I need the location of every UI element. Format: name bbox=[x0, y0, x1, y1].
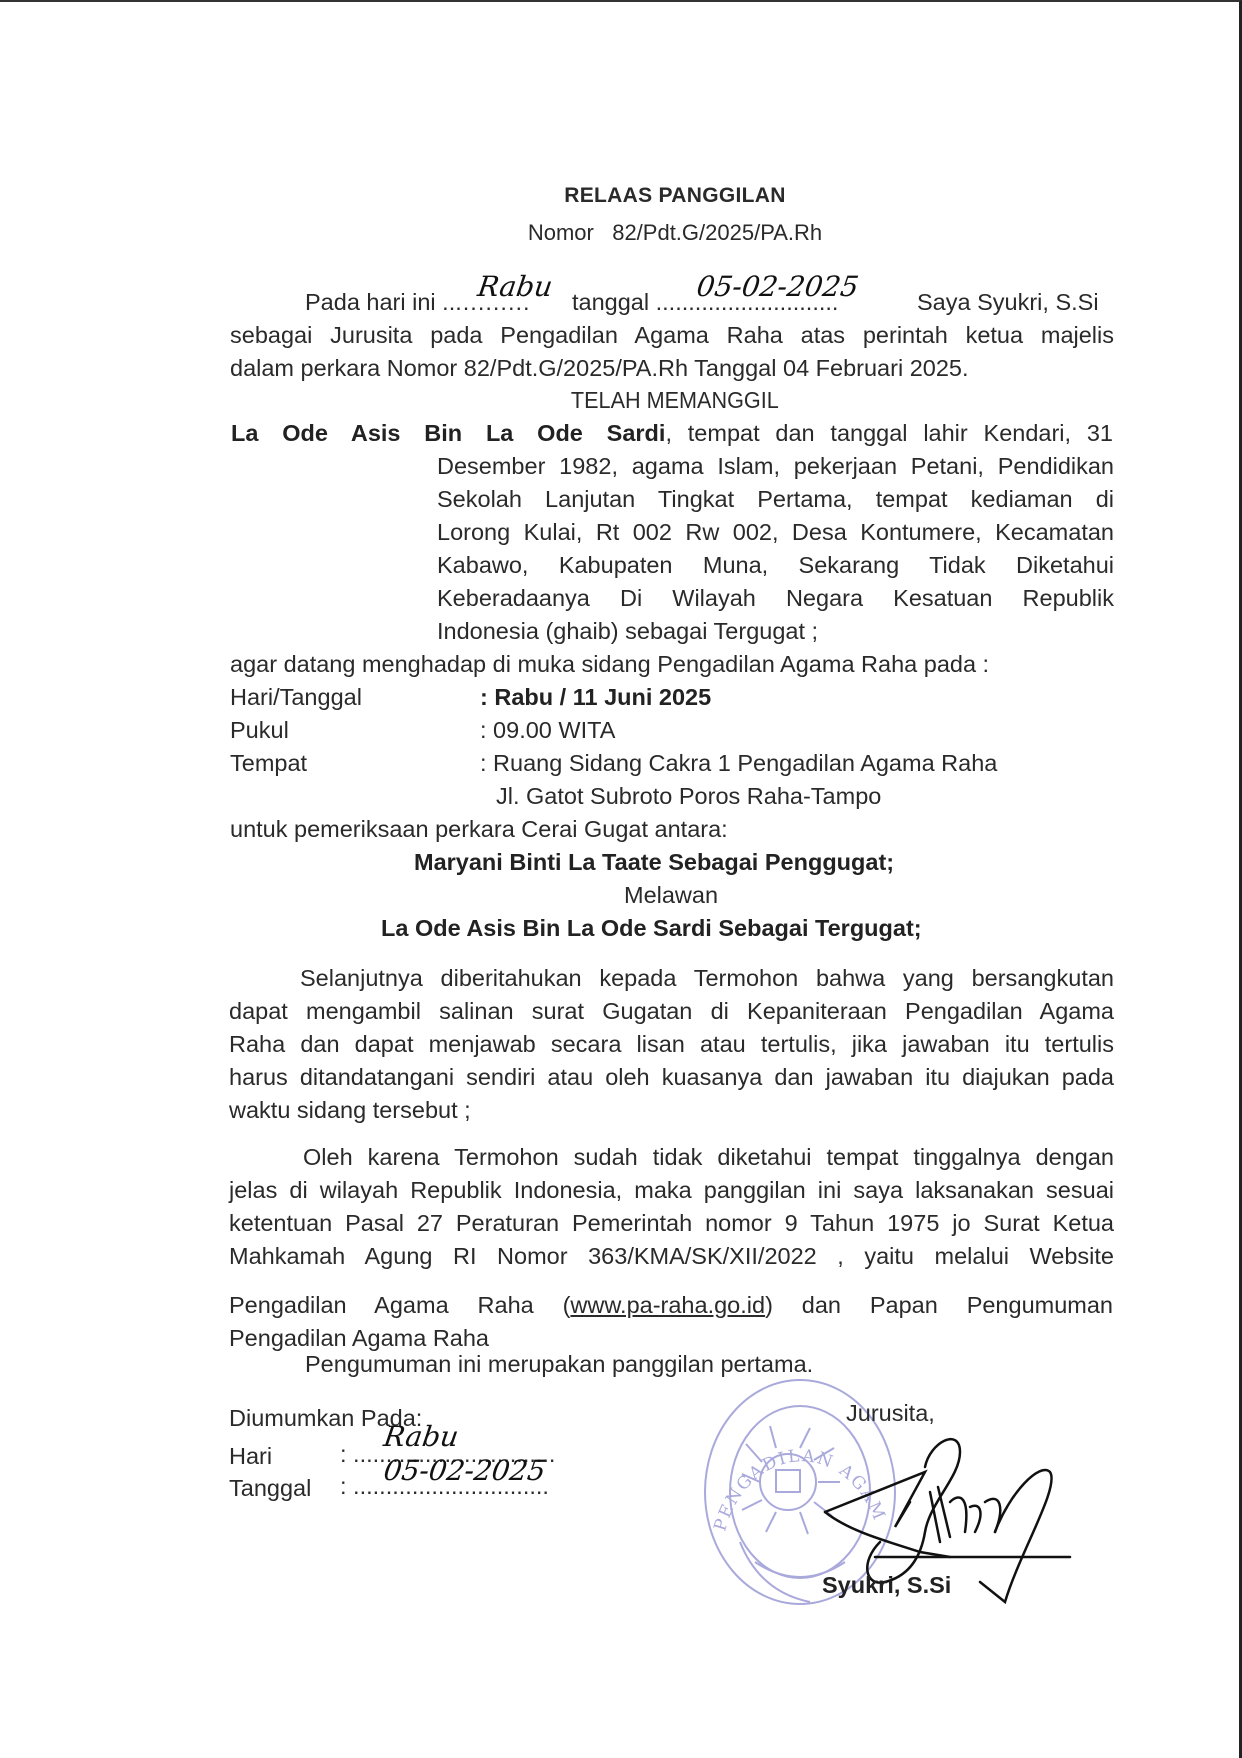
party-detail-line: Desember 1982, agama Islam, pekerjaan Pe… bbox=[437, 450, 1114, 483]
party-detail-line: Sekolah Lanjutan Tingkat Pertama, tempat… bbox=[437, 483, 1114, 516]
party-line-1: La Ode Asis Bin La Ode Sardi, tempat dan… bbox=[231, 417, 1113, 450]
schedule-label: Pukul bbox=[230, 714, 289, 747]
schedule-label: Tempat bbox=[230, 747, 307, 780]
para1-line: Selanjutnya diberitahukan kepada Termoho… bbox=[300, 962, 1114, 995]
opening-line-2: sebagai Jurusita pada Pengadilan Agama R… bbox=[230, 319, 1114, 352]
tergugat-line: La Ode Asis Bin La Ode Sardi Sebagai Ter… bbox=[381, 912, 922, 945]
schedule-value: : 09.00 WITA bbox=[480, 714, 615, 747]
website-link[interactable]: www.pa-raha.go.id bbox=[570, 1292, 765, 1318]
opening-line-3: dalam perkara Nomor 82/Pdt.G/2025/PA.Rh … bbox=[230, 352, 969, 385]
jurusita-label: Jurusita, bbox=[846, 1397, 935, 1430]
agar-datang: agar datang menghadap di muka sidang Pen… bbox=[230, 648, 989, 681]
signer-name: Syukri, S.Si bbox=[822, 1569, 951, 1602]
handwritten-day: Rabu bbox=[476, 270, 555, 303]
untuk-pemeriksaan: untuk pemeriksaan perkara Cerai Gugat an… bbox=[230, 813, 728, 846]
signature-icon bbox=[810, 1432, 1090, 1632]
penggugat: Maryani Binti La Taate Sebagai Penggugat… bbox=[414, 849, 894, 875]
opening-pada-hari-ini: Pada hari ini .. bbox=[305, 289, 455, 315]
tergugat: La Ode Asis Bin La Ode Sardi Sebagai Ter… bbox=[381, 915, 922, 941]
para1-line: waktu sidang tersebut ; bbox=[229, 1094, 1114, 1127]
document-page: RELAAS PANGGILAN Nomor 82/Pdt.G/2025/PA.… bbox=[0, 0, 1242, 1758]
para2-line: Oleh karena Termohon sudah tidak diketah… bbox=[303, 1141, 1114, 1174]
party-birth: , tempat dan tanggal lahir Kendari, 31 bbox=[665, 420, 1113, 446]
case-number: Nomor 82/Pdt.G/2025/PA.Rh bbox=[0, 220, 1242, 246]
para2-line: jelas di wilayah Republik Indonesia, mak… bbox=[229, 1174, 1114, 1207]
handwritten-date: 05-02-2025 bbox=[695, 270, 861, 303]
schedule-label: Hari/Tanggal bbox=[230, 681, 362, 714]
footer-handwritten-day: Rabu bbox=[382, 1420, 461, 1453]
penggugat-line: Maryani Binti La Taate Sebagai Penggugat… bbox=[414, 846, 894, 879]
melawan: Melawan bbox=[624, 879, 718, 912]
para1-line: harus ditandatangani sendiri atau oleh k… bbox=[229, 1061, 1114, 1094]
party-detail-line: Lorong Kulai, Rt 002 Rw 002, Desa Kontum… bbox=[437, 516, 1114, 549]
signer-name-text: Syukri, S.Si bbox=[822, 1572, 951, 1598]
tempat-address: Jl. Gatot Subroto Poros Raha-Tampo bbox=[496, 780, 881, 813]
case-number-value: 82/Pdt.G/2025/PA.Rh bbox=[612, 220, 822, 245]
schedule-value: : Ruang Sidang Cakra 1 Pengadilan Agama … bbox=[480, 747, 997, 780]
party-detail-line: Kabawo, Kabupaten Muna, Sekarang Tidak D… bbox=[437, 549, 1114, 582]
para2-post: ) dan Papan Pengumuman bbox=[765, 1292, 1113, 1318]
footer-tanggal-label: Tanggal bbox=[229, 1472, 311, 1505]
case-number-label: Nomor bbox=[528, 220, 594, 245]
party-detail-line: Indonesia (ghaib) sebagai Tergugat ; bbox=[437, 615, 1114, 648]
footer-handwritten-date: 05-02-2025 bbox=[382, 1454, 548, 1487]
para2-line: Mahkamah Agung RI Nomor 363/KMA/SK/XII/2… bbox=[229, 1240, 1114, 1273]
para2-pre: Pengadilan Agama Raha ( bbox=[229, 1292, 570, 1318]
para1-line: dapat mengambil salinan surat Gugatan di… bbox=[229, 995, 1114, 1028]
schedule-value: : Rabu / 11 Juni 2025 bbox=[480, 681, 711, 714]
document-title: RELAAS PANGGILAN bbox=[0, 184, 1242, 208]
footer-hari-label: Hari bbox=[229, 1440, 272, 1473]
para2-line: ketentuan Pasal 27 Peraturan Pemerintah … bbox=[229, 1207, 1114, 1240]
para1-line: Raha dan dapat menjawab secara lisan ata… bbox=[229, 1028, 1114, 1061]
para2-line-5: Pengadilan Agama Raha (www.pa-raha.go.id… bbox=[229, 1289, 1113, 1322]
party-detail-line: Keberadaanya Di Wilayah Negara Kesatuan … bbox=[437, 582, 1114, 615]
telah-memanggil: TELAH MEMANGGIL bbox=[54, 384, 1242, 417]
party-name: La Ode Asis Bin La Ode Sardi bbox=[231, 420, 665, 446]
opening-saya: Saya Syukri, S.Si bbox=[917, 286, 1099, 319]
